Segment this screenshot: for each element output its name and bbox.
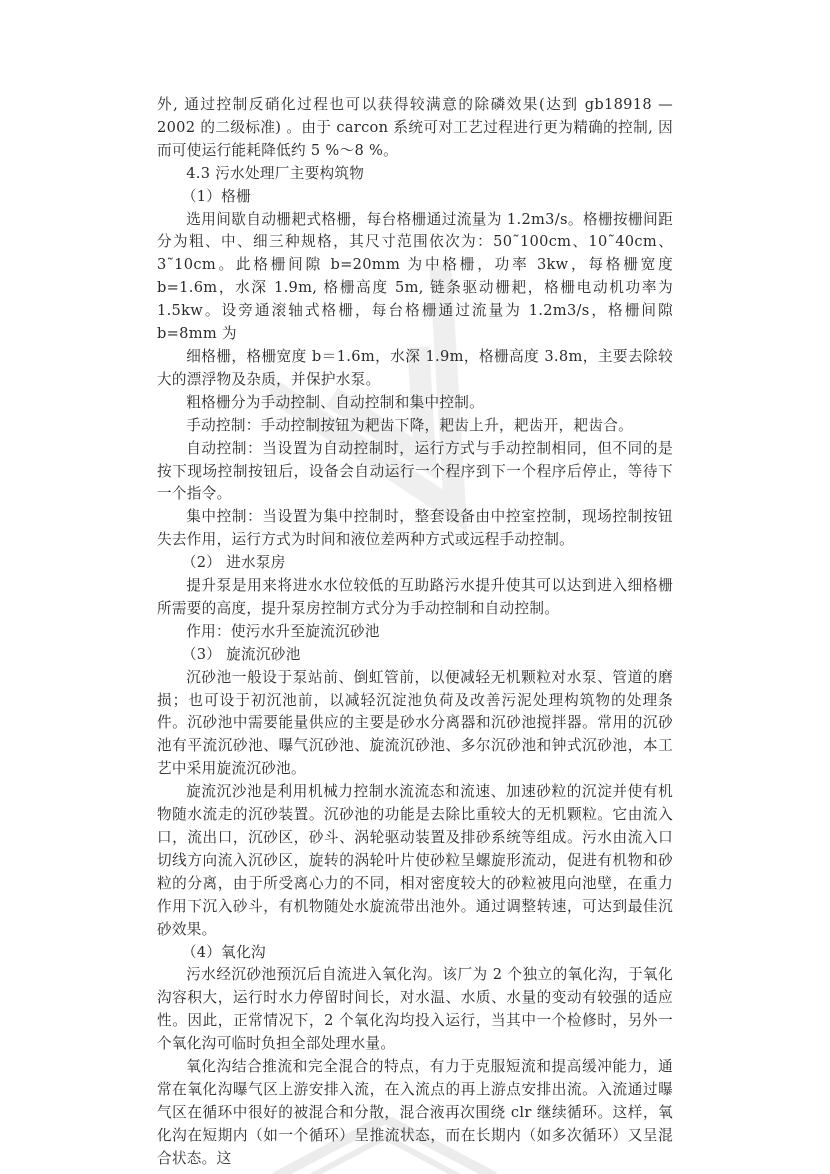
document-body: 外, 通过控制反硝化过程也可以获得较满意的除磷效果(达到 gb18918 —20… [157, 94, 673, 1171]
paragraph: 自动控制：当设置为自动控制时，运行方式与手动控制相同，但不同的是按下现场控制按钮… [157, 438, 673, 507]
paragraph: 选用间歇自动栅耙式格栅，每台格栅通过流量为 1.2m3/s。格栅按栅间距分为粗、… [157, 209, 673, 346]
paragraph: 作用：使污水升至旋流沉砂池 [157, 621, 673, 644]
paragraph-continued: 外, 通过控制反硝化过程也可以获得较满意的除磷效果(达到 gb18918 —20… [157, 94, 673, 163]
paragraph: 沉砂池一般设于泵站前、倒虹管前，以便减轻无机颗粒对水泵、管道的磨损；也可设于初沉… [157, 667, 673, 782]
paragraph: 集中控制：当设置为集中控制时，整套设备由中控室控制，现场控制按钮失去作用，运行方… [157, 506, 673, 552]
subheading-grit-chamber: （3） 旋流沉砂池 [157, 644, 673, 667]
subheading-oxidation-ditch: （4）氧化沟 [157, 942, 673, 965]
paragraph: 旋流沉沙池是利用机械力控制水流流态和流速、加速砂粒的沉淀并使有机物随水流走的沉砂… [157, 781, 673, 941]
section-heading-4-3: 4.3 污水处理厂主要构筑物 [157, 163, 673, 186]
subheading-pump-room: （2） 进水泵房 [157, 552, 673, 575]
paragraph: 提升泵是用来将进水水位较低的互助路污水提升使其可以达到进入细格栅所需要的高度，提… [157, 575, 673, 621]
subheading-grille: （1）格栅 [157, 186, 673, 209]
paragraph: 细格栅，格栅宽度 b＝1.6m，水深 1.9m，格栅高度 3.8m，主要去除较大… [157, 346, 673, 392]
paragraph: 手动控制：手动控制按钮为耙齿下降，耙齿上升，耙齿开，耙齿合。 [157, 415, 673, 438]
document-page: 外, 通过控制反硝化过程也可以获得较满意的除磷效果(达到 gb18918 —20… [0, 0, 830, 1174]
paragraph: 粗格栅分为手动控制、自动控制和集中控制。 [157, 392, 673, 415]
paragraph: 污水经沉砂池预沉后自流进入氧化沟。该厂为 2 个独立的氧化沟，于氧化沟容积大，运… [157, 964, 673, 1056]
paragraph: 氧化沟结合推流和完全混合的特点，有力于克服短流和提高缓冲能力，通常在氧化沟曝气区… [157, 1056, 673, 1171]
